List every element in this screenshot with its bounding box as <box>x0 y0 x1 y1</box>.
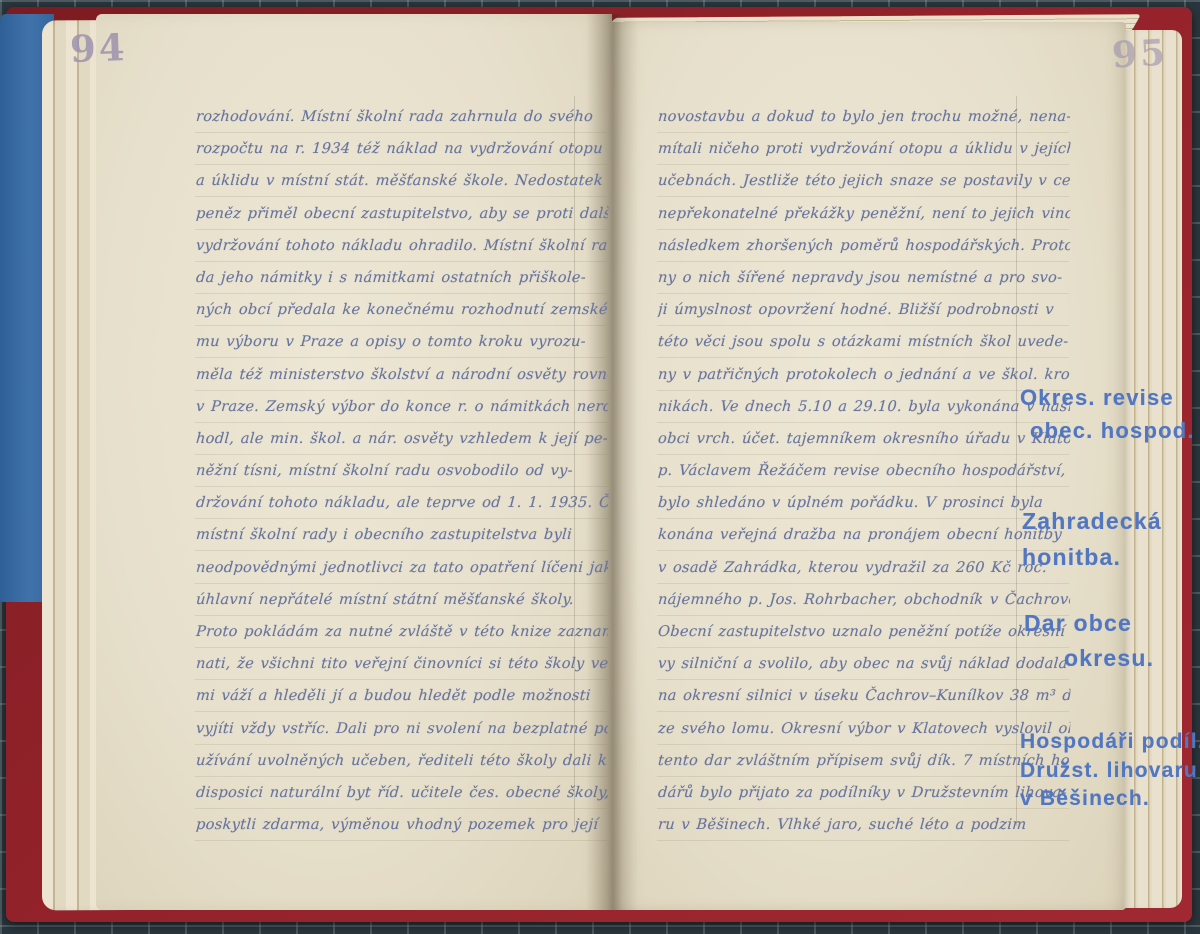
handwritten-line: na okresní silnici v úseku Čachrov–Kuníl… <box>657 680 1071 712</box>
handwritten-line: vydržování tohoto nákladu ohradilo. Míst… <box>195 230 609 262</box>
handwritten-line: p. Václavem Řežáčem revise obecního hosp… <box>657 455 1071 487</box>
margin-note-line: obec. hospod. <box>1030 414 1195 447</box>
handwritten-line: něžní tísni, místní školní radu osvobodi… <box>195 455 609 487</box>
handwritten-line: rozhodování. Místní školní rada zahrnula… <box>195 101 609 133</box>
page-number-95: 95 <box>1111 32 1169 77</box>
handwritten-line: úhlavní nepřátelé místní státní měšťansk… <box>195 584 609 616</box>
handwritten-line: peněz přiměl obecní zastupitelstvo, aby … <box>195 198 609 230</box>
handwritten-line: ru v Běšinech. Vlhké jaro, suché léto a … <box>657 809 1071 841</box>
right-page-handwritten-text: novostavbu a dokud to bylo jen trochu mo… <box>658 101 1070 841</box>
handwritten-line: rozpočtu na r. 1934 též náklad na vydržo… <box>195 133 609 165</box>
handwritten-line: mítali ničeho proti vydržování otopu a ú… <box>657 133 1071 165</box>
chronicle-photo: 94 95 rozhodování. Místní školní rada za… <box>0 0 1200 934</box>
margin-note-line: Okres. revise <box>1020 381 1195 414</box>
handwritten-line: bylo shledáno v úplném pořádku. V prosin… <box>657 487 1071 519</box>
left-page-handwritten-text: rozhodování. Místní školní rada zahrnula… <box>196 101 608 841</box>
handwritten-line: a úklidu v místní stát. měšťanské škole.… <box>195 165 609 197</box>
margin-note-line: Hospodáři podíl. <box>1020 728 1200 757</box>
handwritten-line: novostavbu a dokud to bylo jen trochu mo… <box>657 101 1071 133</box>
handwritten-line: nepřekonatelné překážky peněžní, není to… <box>657 198 1071 230</box>
handwritten-line: Proto pokládám za nutné zvláště v této k… <box>195 616 609 648</box>
margin-note-line: Družst. lihovaru <box>1020 757 1200 786</box>
handwritten-line: v Praze. Zemský výbor do konce r. o námi… <box>195 391 609 423</box>
margin-note-okresni-revise: Okres. reviseobec. hospod. <box>1020 381 1195 447</box>
handwritten-line: poskytli zdarma, výměnou vhodný pozemek … <box>195 809 609 841</box>
handwritten-line: v osadě Zahrádka, kterou vydražil za 260… <box>657 552 1071 584</box>
handwritten-line: dářů bylo přijato za podílníky v Družste… <box>657 777 1071 809</box>
handwritten-line: měla též ministerstvo školství a národní… <box>195 359 609 391</box>
handwritten-line: ných obcí předala ke konečnému rozhodnut… <box>195 294 609 326</box>
handwritten-line: držování tohoto nákladu, ale teprve od 1… <box>195 487 609 519</box>
handwritten-line: neodpovědnými jednotlivci za tato opatře… <box>195 552 609 584</box>
handwritten-line: tento dar zvláštním přípisem svůj dík. 7… <box>657 745 1071 777</box>
handwritten-line: ny v patřičných protokolech o jednání a … <box>657 359 1071 391</box>
handwritten-line: ji úmyslnost opovržení hodné. Bližší pod… <box>657 294 1071 326</box>
handwritten-line: disposici naturální byt říd. učitele čes… <box>195 777 609 809</box>
margin-note-druzstevni-lihovar: Hospodáři podíl.Družst. lihovaruv Běšine… <box>1020 728 1200 814</box>
handwritten-line: nati, že všichni tito veřejní činovníci … <box>195 648 609 680</box>
handwritten-line: této věci jsou spolu s otázkami místních… <box>657 326 1071 358</box>
margin-note-line: Dar obce <box>1024 606 1154 641</box>
handwritten-line: mu výboru v Praze a opisy o tomto kroku … <box>195 326 609 358</box>
margin-note-line: okresu. <box>1064 641 1154 676</box>
handwritten-line: ze svého lomu. Okresní výbor v Klatovech… <box>657 713 1071 745</box>
handwritten-line: hodl, ale min. škol. a nár. osvěty vzhle… <box>195 423 609 455</box>
handwritten-line: užívání uvolněných učeben, řediteli této… <box>195 745 609 777</box>
handwritten-line: mi váží a hleděli jí a budou hledět podl… <box>195 680 609 712</box>
margin-note-dar-obce-okresu: Dar obceokresu. <box>1024 606 1154 676</box>
handwritten-line: konána veřejná dražba na pronájem obecní… <box>657 519 1071 551</box>
handwritten-line: učebnách. Jestliže této jejich snaze se … <box>657 165 1071 197</box>
handwritten-line: obci vrch. účet. tajemníkem okresního úř… <box>657 423 1071 455</box>
page-number-94: 94 <box>69 25 128 71</box>
handwritten-line: ny o nich šířené nepravdy jsou nemístné … <box>657 262 1071 294</box>
handwritten-line: nikách. Ve dnech 5.10 a 29.10. byla vyko… <box>657 391 1071 423</box>
handwritten-line: nájemného p. Jos. Rohrbacher, obchodník … <box>657 584 1071 616</box>
margin-note-zahradecka-honitba: Zahradeckáhonitba. <box>1022 503 1162 575</box>
handwritten-line: následkem zhoršených poměrů hospodářskýc… <box>657 230 1071 262</box>
handwritten-line: da jeho námitky i s námitkami ostatních … <box>195 262 609 294</box>
margin-note-line: Zahradecká <box>1022 503 1162 539</box>
handwritten-line: místní školní rady i obecního zastupitel… <box>195 519 609 551</box>
handwritten-line: Obecní zastupitelstvo uznalo peněžní pot… <box>657 616 1071 648</box>
handwritten-line: vyjíti vždy vstříc. Dali pro ni svolení … <box>195 713 609 745</box>
handwritten-line: vy silniční a svolilo, aby obec na svůj … <box>657 648 1071 680</box>
margin-note-line: honitba. <box>1022 539 1162 575</box>
margin-note-line: v Běšinech. <box>1020 785 1200 814</box>
